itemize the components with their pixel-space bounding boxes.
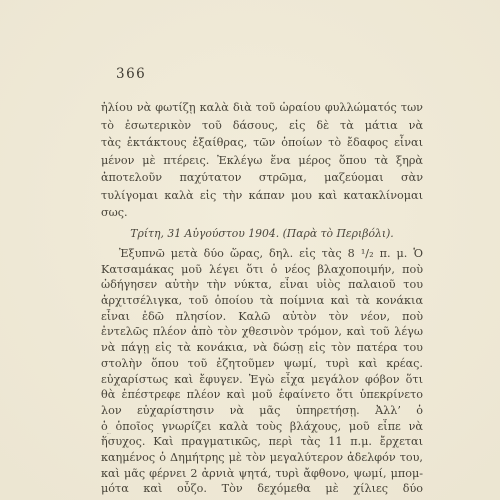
text-line: σως.	[101, 204, 423, 222]
book-page: 366 ἡλίου νὰ φωτίζῃ καλὰ διὰ τοῦ ὡραίου …	[0, 0, 500, 500]
text-line: Κατσαμάκας μοῦ λέγει ὅτι ὁ νέος βλαχοποι…	[101, 262, 423, 278]
text-line: ἐντελῶς πλέον ἀπὸ τὸν χθεσινὸν τρόμον, κ…	[101, 324, 423, 340]
text-line: λον εὐχαρίστησιν νὰ μᾶς ὑπηρετήσῃ. Ἀλλ’ …	[101, 403, 423, 419]
diary-entry-paragraph: Ἐξυπνῶ μετὰ δύο ὥρας, δηλ. εἰς τὰς 8 ¹/₂…	[101, 246, 423, 497]
text-line: εἶναι ἐδῶ πλησίον. Καλῶ αὐτὸν τὸν νέον, …	[101, 309, 423, 325]
text-line: ἀρχιτσέλιγκα, τοῦ ὁποίου τὰ ποίμνια καὶ …	[101, 293, 423, 309]
text-line: ἥσυχος. Καὶ πραγματικῶς, περὶ τὰς 11 π.μ…	[101, 434, 423, 450]
text-line: στολὴν ὅπου τοῦ ἐζητοῦμεν ψωμί, τυρὶ καὶ…	[101, 356, 423, 372]
text-line: ὡδήγησεν αὐτὴν τὴν νύκτα, εἶναι υἱὸς παλ…	[101, 277, 423, 293]
text-line: καημένος ὁ Δημήτρης μὲ τὸν μεγαλύτερον ἀ…	[101, 450, 423, 466]
text-line: τὰς ἐκτάκτους ἐξαίθρας, τῶν ὁποίων τὸ ἔδ…	[101, 134, 423, 152]
text-line: καὶ μᾶς φέρνει 2 ἀρνιὰ ψητά, τυρὶ ἄφθονο…	[101, 466, 423, 482]
text-line: μένον μὲ πτέρεις. Ἐκλέγω ἕνα μέρος ὅπου …	[101, 152, 423, 170]
text-line: ὁ ὁποῖος γνωρίζει καλὰ τοὺς βλάχους, μοῦ…	[101, 419, 423, 435]
text-line: εὐχαρίστως καὶ ἔφυγεν. Ἐγὼ εἶχα μεγάλον …	[101, 372, 423, 388]
text-line: τὸ ἐσωτερικὸν τοῦ δάσους, εἰς δὲ τὰ μάτι…	[101, 117, 423, 135]
page-number: 366	[116, 66, 146, 82]
paragraph-continuation: ἡλίου νὰ φωτίζῃ καλὰ διὰ τοῦ ὡραίου φυλλ…	[101, 99, 423, 222]
text-line: τυλίγομαι καλὰ εἰς τὴν κάπαν μου καὶ κατ…	[101, 187, 423, 205]
text-line: ἀποτελοῦν παχύτατον στρῶμα, μαζεύομαι σὰ…	[101, 169, 423, 187]
text-line: νὰ πάγῃ εἰς τὰ κονάκια, νὰ δώσῃ εἰς τὸν …	[101, 340, 423, 356]
text-line: Ἐξυπνῶ μετὰ δύο ὥρας, δηλ. εἰς τὰς 8 ¹/₂…	[101, 246, 423, 262]
text-line: ἡλίου νὰ φωτίζῃ καλὰ διὰ τοῦ ὡραίου φυλλ…	[101, 99, 423, 117]
text-line: μότα καὶ οὖζο. Τὸν δεχόμεθα μὲ χίλιες δύ…	[101, 481, 423, 497]
diary-entry-heading: Τρίτη, 31 Αὐγούστου 1904. (Παρὰ τὸ Περιβ…	[101, 227, 423, 241]
text-line: θὰ ἐπέστρεφε πλέον καὶ μοῦ ἐφαίνετο ὅτι …	[101, 387, 423, 403]
